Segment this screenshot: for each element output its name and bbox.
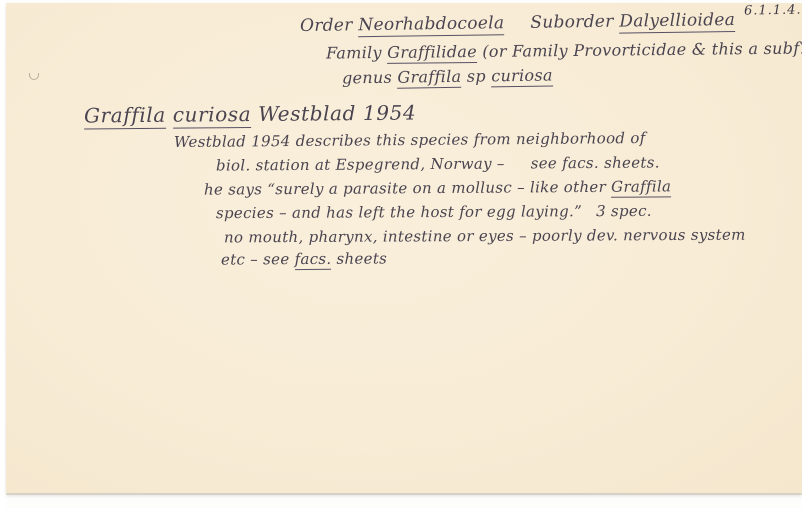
order-value: Neorhabdocoela [358,13,504,37]
note-line-2: biol. station at Espegrend, Norway –see … [216,153,660,174]
taxonomy-family-line: Family Graffilidae (or Family Provortici… [326,38,802,62]
note-line-3-genus: Graffila [611,177,671,197]
genus-value: Graffila [397,67,461,89]
note-line-4: species – and has left the host for egg … [216,202,652,222]
note-line-6-text: etc – see [221,250,295,269]
sp-label: sp [461,66,491,85]
catalog-number: 6.1.1.4.1 [744,2,802,18]
family-label: Family [326,43,387,63]
order-label: Order [300,15,359,36]
taxonomy-genus-line: genus Graffila sp curiosa [342,66,553,88]
note-line-1: Westblad 1954 describes this species fro… [174,129,646,151]
note-line-4-count: 3 spec. [596,202,652,220]
family-note: (or Family Provorticidae & this a subf?) [477,38,802,61]
note-line-4-text: species – and has left the host for egg … [216,202,582,222]
note-line-3: he says “surely a parasite on a mollusc … [204,177,671,198]
scanned-index-card-page: { "card": { "catalog_number": "6.1.1.4.1… [0,0,802,508]
note-line-2-ref: see facs. sheets. [531,153,660,172]
title-authority: Westblad 1954 [251,101,416,126]
index-card: 6.1.1.4.1 Order NeorhabdocoelaSuborder D… [6,3,802,493]
family-value: Graffilidae [387,42,477,64]
note-line-5: no mouth, pharynx, intestine or eyes – p… [224,226,746,247]
note-line-6-post: sheets [331,249,387,267]
title-genus: Graffila [84,103,166,130]
card-title: Graffila curiosa Westblad 1954 [84,101,416,128]
taxonomy-order-line: Order NeorhabdocoelaSuborder Dalyellioid… [300,10,735,36]
species-value: curiosa [491,66,553,88]
suborder-value: Dalyellioidea [619,10,735,34]
note-line-2-text: biol. station at Espegrend, Norway – [216,155,505,175]
title-species: curiosa [173,102,252,129]
note-line-6-ref: facs. [294,250,331,270]
suborder-label: Suborder [530,12,619,33]
genus-label: genus [342,68,398,88]
stray-ink-mark [29,73,39,80]
note-line-3-text: he says “surely a parasite on a mollusc … [204,178,611,199]
note-line-6: etc – see facs. sheets [221,249,387,268]
